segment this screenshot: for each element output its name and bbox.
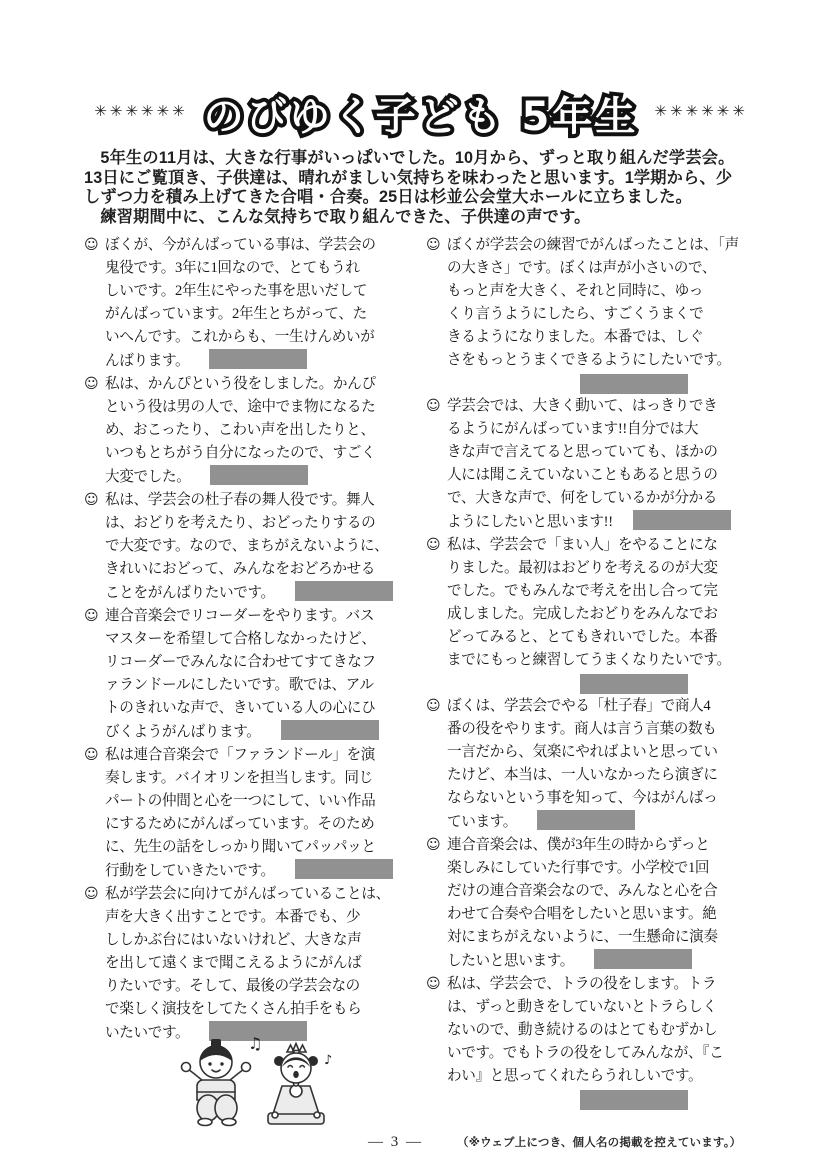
music-note-icon: ♫ bbox=[248, 1034, 262, 1053]
smiley-face-icon: ☺ bbox=[84, 234, 105, 373]
redacted-name-box bbox=[594, 949, 692, 969]
redacted-name-box bbox=[295, 859, 393, 879]
comment-body: 連合音楽会は、僕が3年生の時からずっと 楽しみにしていた行事です。小学校で1回 … bbox=[447, 834, 758, 973]
left-column-items: ☺ ぼくが、今がんばっている事は、学芸会の 鬼役です。3年に1回なので、とてもう… bbox=[84, 234, 416, 1045]
redacted-name-box bbox=[281, 720, 379, 740]
smiley-face-icon: ☺ bbox=[426, 973, 447, 1111]
student-comment: ☺ 学芸会では、大きく動いて、はっきりでき るようにがんばっています!!自分では… bbox=[426, 395, 758, 534]
smiley-face-icon: ☺ bbox=[426, 395, 447, 534]
girl-figure bbox=[268, 1044, 324, 1125]
comment-body: 私は、学芸会の杜子春の舞人役です。舞人 は、おどりを考えたり、おどったりするの … bbox=[105, 489, 416, 605]
student-comment: ☺ ぼくが、今がんばっている事は、学芸会の 鬼役です。3年に1回なので、とてもう… bbox=[84, 234, 416, 373]
student-comment: ☺ 連合音楽会は、僕が3年生の時からずっと 楽しみにしていた行事です。小学校で1… bbox=[426, 834, 758, 973]
redacted-name-box bbox=[537, 810, 635, 830]
student-comment: ☺ 私が学芸会に向けてがんばっていることは、 声を大きく出すことです。本番でも、… bbox=[84, 883, 416, 1045]
page-number: — 3 — bbox=[368, 1134, 423, 1151]
student-comment: ☺ ぼくが学芸会の練習でがんばったことは、「声 の大きさ」です。ぼくは声が小さい… bbox=[426, 234, 758, 395]
student-comment: ☺ 連合音楽会でリコーダーをやります。バス マスターを希望して合格しなかったけど… bbox=[84, 605, 416, 744]
redacted-name-box bbox=[580, 374, 688, 394]
comment-body: 学芸会では、大きく動いて、はっきりでき るようにがんばっています!!自分では大 … bbox=[447, 395, 758, 534]
redacted-name-box bbox=[295, 581, 393, 601]
student-comment: ☺ 私は、かんぴという役をしました。かんぴ という役は男の人で、途中でま物になる… bbox=[84, 373, 416, 489]
page-title: のびゆく子ども 5年生 bbox=[204, 85, 639, 142]
comment-text: ぼくが学芸会の練習でがんばったことは、「声 の大きさ」です。ぼくは声が小さいので… bbox=[447, 237, 739, 368]
smiley-face-icon: ☺ bbox=[84, 489, 105, 605]
smiley-face-icon: ☺ bbox=[426, 834, 447, 973]
smiley-face-icon: ☺ bbox=[84, 883, 105, 1045]
intro-paragraph: 5年生の11月は、大きな行事がいっぱいでした。10月から、ずっと取り組んだ学芸会… bbox=[84, 149, 758, 227]
student-comment: ☺ ぼくは、学芸会でやる「杜子春」で商人4 番の役をやります。商人は言う言葉の数… bbox=[426, 695, 758, 834]
music-note-icon: ♪ bbox=[324, 1053, 332, 1068]
comment-body: ぼくは、学芸会でやる「杜子春」で商人4 番の役をやります。商人は言う言葉の数も … bbox=[447, 695, 758, 834]
redacted-name-box bbox=[209, 349, 307, 369]
redacted-name-box bbox=[633, 510, 731, 530]
right-column: ☺ ぼくが学芸会の練習でがんばったことは、「声 の大きさ」です。ぼくは声が小さい… bbox=[426, 234, 758, 1134]
comment-body: ぼくが学芸会の練習でがんばったことは、「声 の大きさ」です。ぼくは声が小さいので… bbox=[447, 234, 758, 395]
redacted-name-box bbox=[210, 465, 308, 485]
student-comment: ☺ 私は、学芸会の杜子春の舞人役です。舞人 は、おどりを考えたり、おどったりする… bbox=[84, 489, 416, 605]
asterisk-decoration-right: ✳✳✳✳✳✳ bbox=[654, 102, 747, 120]
smiley-face-icon: ☺ bbox=[84, 744, 105, 883]
comment-text: 私は、学芸会で「まい人」をやることにな りました。最初はおどりを考えるのが大変 … bbox=[447, 537, 731, 668]
comment-columns: ☺ ぼくが、今がんばっている事は、学芸会の 鬼役です。3年に1回なので、とてもう… bbox=[84, 234, 758, 1134]
comment-text: 私は、学芸会で、トラの役をします。トラ は、ずっと動きをしていないとトラらしく … bbox=[447, 976, 723, 1084]
title-row: ✳✳✳✳✳✳ のびゆく子ども 5年生 ✳✳✳✳✳✳ bbox=[84, 82, 758, 144]
footer: — 3 — （※ウェブ上につき、個人名の掲載を控えています。） bbox=[0, 1134, 827, 1151]
asterisk-decoration-left: ✳✳✳✳✳✳ bbox=[94, 102, 187, 120]
smiley-face-icon: ☺ bbox=[426, 695, 447, 834]
smiley-face-icon: ☺ bbox=[426, 534, 447, 695]
smiley-face-icon: ☺ bbox=[84, 605, 105, 744]
comment-body: 連合音楽会でリコーダーをやります。バス マスターを希望して合格しなかったけど、 … bbox=[105, 605, 416, 744]
boy-figure bbox=[182, 1039, 251, 1126]
comment-text: 私が学芸会に向けてがんばっていることは、 声を大きく出すことです。本番でも、少 … bbox=[105, 886, 390, 1041]
comment-body: 私は連合音楽会で「ファランドール」を演 奏します。バイオリンを担当します。同じ … bbox=[105, 744, 416, 883]
right-column-items: ☺ ぼくが学芸会の練習でがんばったことは、「声 の大きさ」です。ぼくは声が小さい… bbox=[426, 234, 758, 1111]
children-illustration: ♫ ♪ bbox=[170, 1031, 355, 1129]
comment-body: 私が学芸会に向けてがんばっていることは、 声を大きく出すことです。本番でも、少 … bbox=[105, 883, 416, 1045]
student-comment: ☺ 私は、学芸会で、トラの役をします。トラ は、ずっと動きをしていないとトラらし… bbox=[426, 973, 758, 1111]
privacy-note: （※ウェブ上につき、個人名の掲載を控えています。） bbox=[457, 1134, 741, 1150]
comment-body: 私は、学芸会で「まい人」をやることにな りました。最初はおどりを考えるのが大変 … bbox=[447, 534, 758, 695]
comment-body: 私は、学芸会で、トラの役をします。トラ は、ずっと動きをしていないとトラらしく … bbox=[447, 973, 758, 1111]
smiley-face-icon: ☺ bbox=[84, 373, 105, 489]
newsletter-page: ✳✳✳✳✳✳ のびゆく子ども 5年生 ✳✳✳✳✳✳ 5年生の11月は、大きな行事… bbox=[0, 0, 827, 1170]
smiley-face-icon: ☺ bbox=[426, 234, 447, 395]
student-comment: ☺ 私は、学芸会で「まい人」をやることにな りました。最初はおどりを考えるのが大… bbox=[426, 534, 758, 695]
student-comment: ☺ 私は連合音楽会で「ファランドール」を演 奏します。バイオリンを担当します。同… bbox=[84, 744, 416, 883]
comment-body: ぼくが、今がんばっている事は、学芸会の 鬼役です。3年に1回なので、とてもうれ … bbox=[105, 234, 416, 373]
left-column: ☺ ぼくが、今がんばっている事は、学芸会の 鬼役です。3年に1回なので、とてもう… bbox=[84, 234, 416, 1134]
comment-body: 私は、かんぴという役をしました。かんぴ という役は男の人で、途中でま物になるた … bbox=[105, 373, 416, 489]
redacted-name-box bbox=[580, 1090, 688, 1110]
redacted-name-box bbox=[580, 674, 688, 694]
